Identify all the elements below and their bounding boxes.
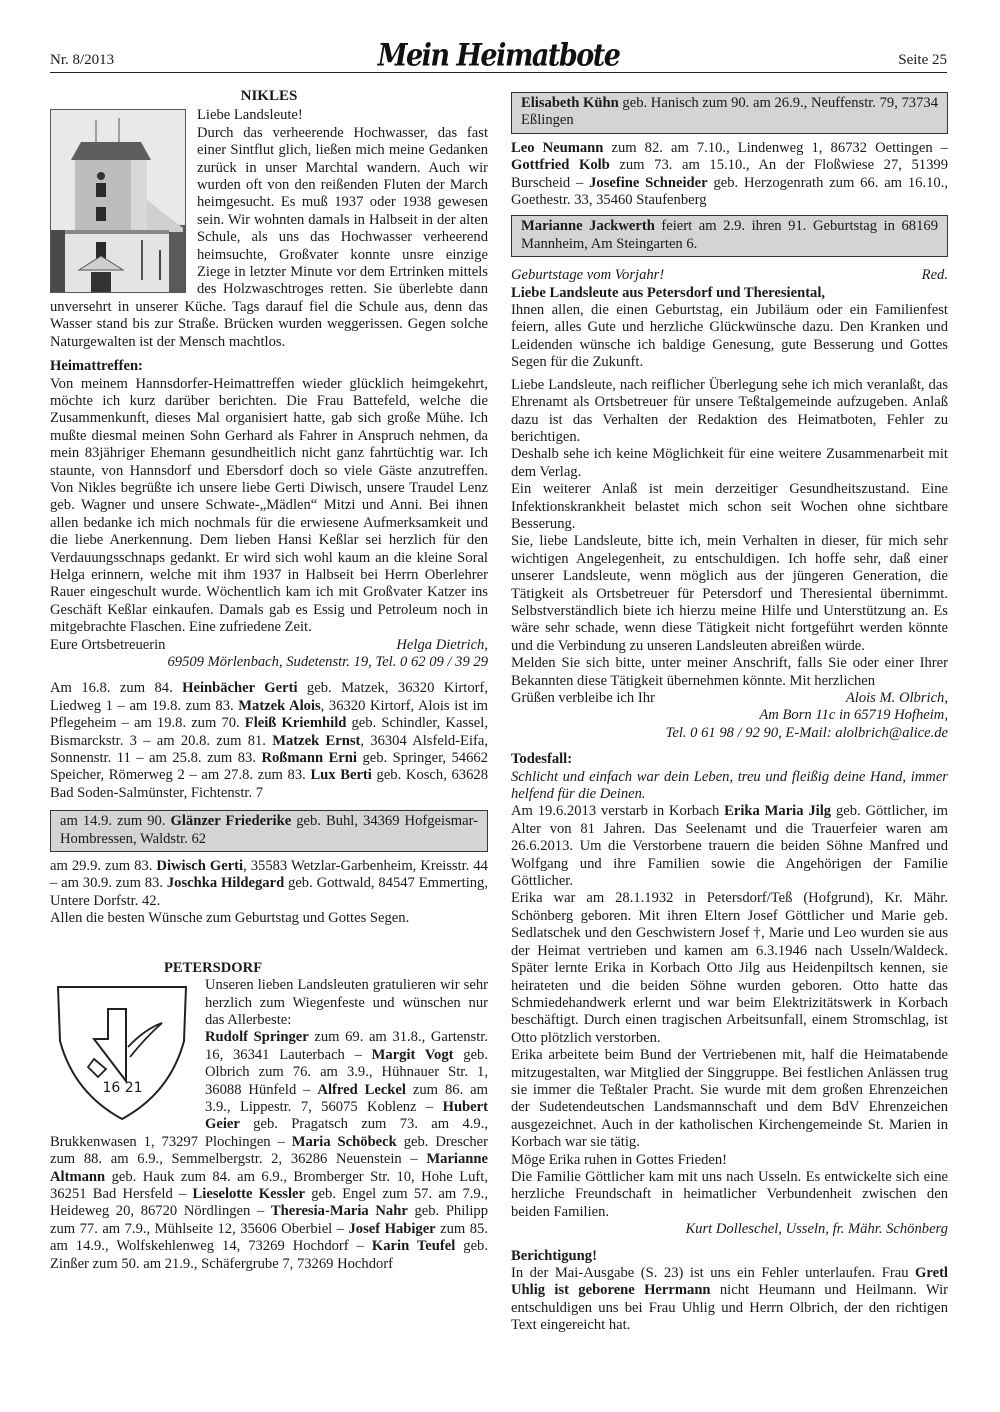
letter-signature: Alois M. Olbrich, — [846, 690, 948, 707]
person-name: Erika Maria Jilg — [724, 803, 831, 819]
right-birthday-list: Leo Neumann zum 82. am 7.10., Lindenweg … — [511, 140, 948, 210]
letter-p3: Deshalb sehe ich keine Möglichkeit für e… — [511, 446, 948, 481]
text-run: Am 16.8. zum 84. — [50, 680, 182, 696]
meeting-heading: Heimattreffen: — [50, 358, 488, 375]
masthead-logo: Mein Heimatbote — [378, 38, 620, 74]
church-icon — [51, 110, 185, 292]
person-name: Alfred Leckel — [317, 1082, 406, 1098]
person-name: Leo Neumann — [511, 140, 603, 156]
section-title-nikles: NIKLES — [50, 88, 488, 105]
person-name: Karin Teufel — [372, 1238, 455, 1254]
person-name: Diwisch Gerti — [156, 858, 243, 874]
letter-p5: Sie, liebe Landsleute, bitte ich, mein V… — [511, 533, 948, 655]
death-heading: Todesfall: — [511, 751, 948, 768]
signature-address: 69509 Mörlenbach, Sudetenstr. 19, Tel. 0… — [50, 654, 488, 671]
page-header: Nr. 8/2013 Mein Heimatbote Seite 25 — [50, 46, 947, 73]
highlight-box-kuehn: Elisabeth Kühn geb. Hanisch zum 90. am 2… — [511, 92, 948, 134]
text-run: am 14.9. zum 90. — [60, 813, 171, 829]
issue-number: Nr. 8/2013 — [50, 52, 114, 69]
letter-heading: Liebe Landsleute aus Petersdorf und Ther… — [511, 285, 948, 302]
editor-note: Geburtstage vom Vorjahr! Red. — [511, 267, 948, 284]
death-p4: Möge Erika ruhen in Gottes Frieden! — [511, 1152, 948, 1169]
highlight-box-glaenzer: am 14.9. zum 90. Glänzer Friederike geb.… — [50, 810, 488, 852]
person-name: Matzek Alois — [238, 698, 320, 714]
person-name: Heinbächer Gerti — [182, 680, 297, 696]
birthday-list-1: Am 16.8. zum 84. Heinbächer Gerti geb. M… — [50, 680, 488, 802]
text-run: Am 19.6.2013 verstarb in Korbach — [511, 803, 724, 819]
death-p1: Am 19.6.2013 verstarb in Korbach Erika M… — [511, 803, 948, 890]
person-name: Elisabeth Kühn — [521, 95, 619, 111]
letter-close: Grüßen verbleibe ich Ihr — [511, 690, 655, 707]
person-name: Josef Habiger — [349, 1221, 436, 1237]
text-run: am 29.9. zum 83. — [50, 858, 156, 874]
person-name: Gottfried Kolb — [511, 157, 610, 173]
coat-of-arms-icon — [50, 981, 195, 1126]
person-name: Rudolf Springer — [205, 1029, 309, 1045]
person-name: Margit Vogt — [372, 1047, 454, 1063]
death-p2: Erika war am 28.1.1932 in Petersdorf/Teß… — [511, 890, 948, 1047]
person-name: Glänzer Friederike — [171, 813, 292, 829]
person-name: Roßmann Erni — [261, 750, 357, 766]
person-name: Theresia-Maria Nahr — [271, 1203, 408, 1219]
person-name: Maria Schöbeck — [292, 1134, 397, 1150]
person-name: Matzek Ernst — [272, 733, 360, 749]
signature-line: Eure Ortsbetreuerin Helga Dietrich, — [50, 637, 488, 654]
letter-p4: Ein weiterer Anlaß ist mein derzeitiger … — [511, 481, 948, 533]
meeting-text: Von meinem Hannsdorfer-Heimattreffen wie… — [50, 376, 488, 637]
highlight-box-jackwerth: Marianne Jackwerth feiert am 2.9. ihren … — [511, 215, 948, 257]
correction-text: In der Mai-Ausgabe (S. 23) ist uns ein F… — [511, 1265, 948, 1335]
death-p5: Die Familie Göttlicher kam mit uns nach … — [511, 1169, 948, 1221]
letter-closing: Grüßen verbleibe ich Ihr Alois M. Olbric… — [511, 690, 948, 707]
birthday-wishes: Allen die besten Wünsche zum Geburtstag … — [50, 910, 488, 927]
letter-contact: Tel. 0 61 98 / 92 90, E-Mail: alolbrich@… — [511, 725, 948, 742]
birthday-list-2: am 29.9. zum 83. Diwisch Gerti, 35583 We… — [50, 858, 488, 910]
death-p3: Erika arbeitete beim Bund der Vertrieben… — [511, 1047, 948, 1151]
petersdorf-crest: 16 21 — [50, 981, 195, 1126]
letter-address: Am Born 11c in 65719 Hofheim, — [511, 707, 948, 724]
signature-role: Eure Ortsbetreuerin — [50, 637, 165, 654]
person-name: Joschka Hildegard — [167, 875, 284, 891]
text-run: In der Mai-Ausgabe (S. 23) ist uns ein F… — [511, 1265, 915, 1281]
newspaper-page: Nr. 8/2013 Mein Heimatbote Seite 25 NIKL… — [0, 0, 1000, 1412]
letter-p6: Melden Sie sich bitte, unter meiner Ansc… — [511, 655, 948, 690]
person-name: Josefine Schneider — [589, 175, 708, 191]
death-signature: Kurt Dolleschel, Usseln, fr. Mähr. Schön… — [511, 1221, 948, 1238]
text-run: zum 82. am 7.10., Lindenweg 1, 86732 Oet… — [603, 140, 948, 156]
section-title-petersdorf: PETERSDORF — [50, 960, 488, 977]
person-name: Lieselotte Kessler — [193, 1186, 305, 1202]
correction-heading: Berichtigung! — [511, 1248, 948, 1265]
letter-p2: Liebe Landsleute, nach reiflicher Überle… — [511, 377, 948, 447]
right-column: Elisabeth Kühn geb. Hanisch zum 90. am 2… — [511, 92, 948, 1335]
signature-name: Helga Dietrich, — [396, 637, 488, 654]
death-verse: Schlicht und einfach war dein Leben, tre… — [511, 769, 948, 804]
editor-note-sign: Red. — [922, 267, 948, 284]
page-number: Seite 25 — [898, 52, 947, 69]
crest-year: 16 21 — [50, 1080, 195, 1097]
person-name: Fleiß Kriemhild — [245, 715, 347, 731]
person-name: Lux Berti — [310, 767, 371, 783]
letter-p1: Ihnen allen, die einen Geburtstag, ein J… — [511, 302, 948, 372]
church-photo — [50, 109, 186, 293]
left-column: NIKLES — [50, 88, 488, 1273]
editor-note-text: Geburtstage vom Vorjahr! — [511, 267, 664, 284]
person-name: Marianne Jackwerth — [521, 218, 655, 234]
